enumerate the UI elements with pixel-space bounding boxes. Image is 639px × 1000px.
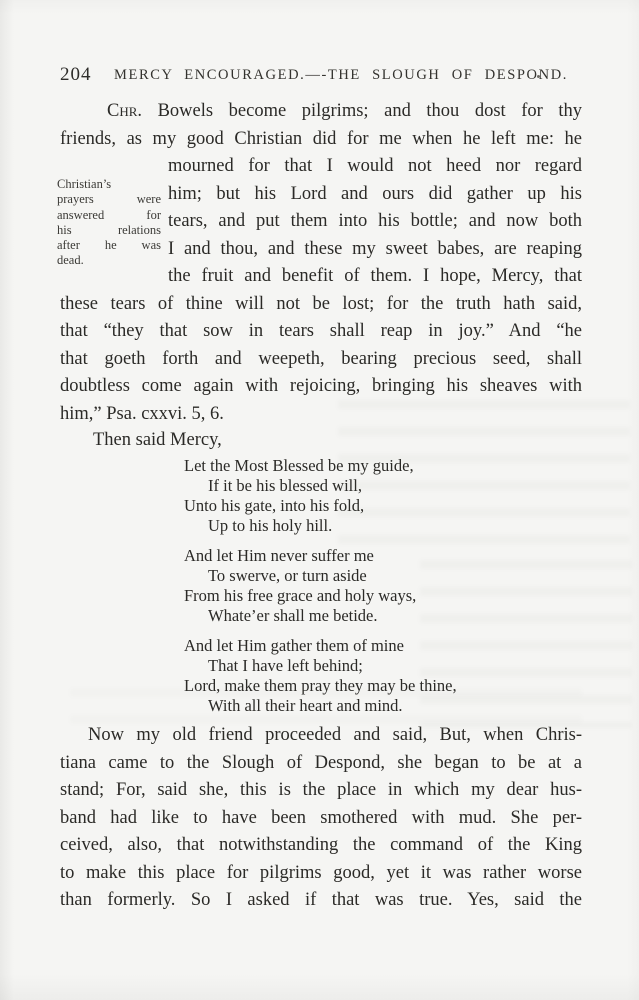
speaker-small-caps: Chr. xyxy=(107,101,142,121)
poem-line: And let Him gather them of mine xyxy=(184,636,514,656)
text-line: Then said Mercy, xyxy=(60,427,582,455)
poem: Let the Most Blessed be my guide, If it … xyxy=(184,456,514,726)
book-page: 204 MERCY ENCOURAGED.—-THE SLOUGH OF DES… xyxy=(0,0,639,1000)
poem-line: And let Him never suffer me xyxy=(184,546,514,566)
text-line: him; but his Lord and ours did gather up… xyxy=(168,181,582,209)
paragraph-1: Chr. Bowels become pilgrims; and thou do… xyxy=(60,98,582,428)
running-header: 204 MERCY ENCOURAGED.—-THE SLOUGH OF DES… xyxy=(60,64,582,88)
text-line: Now my old friend proceeded and said, Bu… xyxy=(60,722,582,750)
text-line: that goeth forth and weepeth, bearing pr… xyxy=(60,346,582,374)
poem-line: That I have left behind; xyxy=(208,656,514,676)
page-number: 204 xyxy=(60,64,92,86)
poem-line: Let the Most Blessed be my guide, xyxy=(184,456,514,476)
text-line: these tears of thine will not be lost; f… xyxy=(60,291,582,319)
text-line: than formerly. So I asked if that was tr… xyxy=(60,887,582,915)
text-line: mourned for that I would not heed nor re… xyxy=(168,153,582,181)
text-line: I and thou, and these my sweet babes, ar… xyxy=(168,236,582,264)
poem-line: Lord, make them pray they may be thine, xyxy=(184,676,514,696)
text-line: to make this place for pilgrims good, ye… xyxy=(60,860,582,888)
poem-line: Whate’er shall me betide. xyxy=(208,606,514,626)
paragraph-2: Now my old friend proceeded and said, Bu… xyxy=(60,722,582,915)
text-line: band had like to have been smothered wit… xyxy=(60,805,582,833)
text-line: ceived, also, that notwithstanding the c… xyxy=(60,832,582,860)
text-line: doubtless come again with rejoicing, bri… xyxy=(60,373,582,401)
poem-stanza-3: And let Him gather them of mine That I h… xyxy=(184,636,514,716)
poem-line: From his free grace and holy ways, xyxy=(184,586,514,606)
ink-speck xyxy=(537,75,540,78)
text-line: tears, and put them into his bottle; and… xyxy=(168,208,582,236)
paragraph-mercy-intro: Then said Mercy, xyxy=(60,427,582,455)
text-line: Chr. Bowels become pilgrims; and thou do… xyxy=(60,98,582,126)
text-line: the fruit and benefit of them. I hope, M… xyxy=(168,263,582,291)
text-line-rest: Bowels become pilgrims; and thou dost fo… xyxy=(158,101,582,121)
poem-stanza-1: Let the Most Blessed be my guide, If it … xyxy=(184,456,514,536)
poem-line: Unto his gate, into his fold, xyxy=(184,496,514,516)
text-line: that “they that sow in tears shall reap … xyxy=(60,318,582,346)
poem-stanza-2: And let Him never suffer me To swerve, o… xyxy=(184,546,514,626)
header-title: MERCY ENCOURAGED.—-THE SLOUGH OF DESPOND… xyxy=(100,67,582,84)
text-line: friends, as my good Christian did for me… xyxy=(60,126,582,154)
text-line: stand; For, said she, this is the place … xyxy=(60,777,582,805)
poem-line: If it be his blessed will, xyxy=(208,476,514,496)
poem-line: Up to his holy hill. xyxy=(208,516,514,536)
text-line: him,” Psa. cxxvi. 5, 6. xyxy=(60,401,582,429)
poem-line: With all their heart and mind. xyxy=(208,696,514,716)
text-line: tiana came to the Slough of Despond, she… xyxy=(60,750,582,778)
poem-line: To swerve, or turn aside xyxy=(208,566,514,586)
